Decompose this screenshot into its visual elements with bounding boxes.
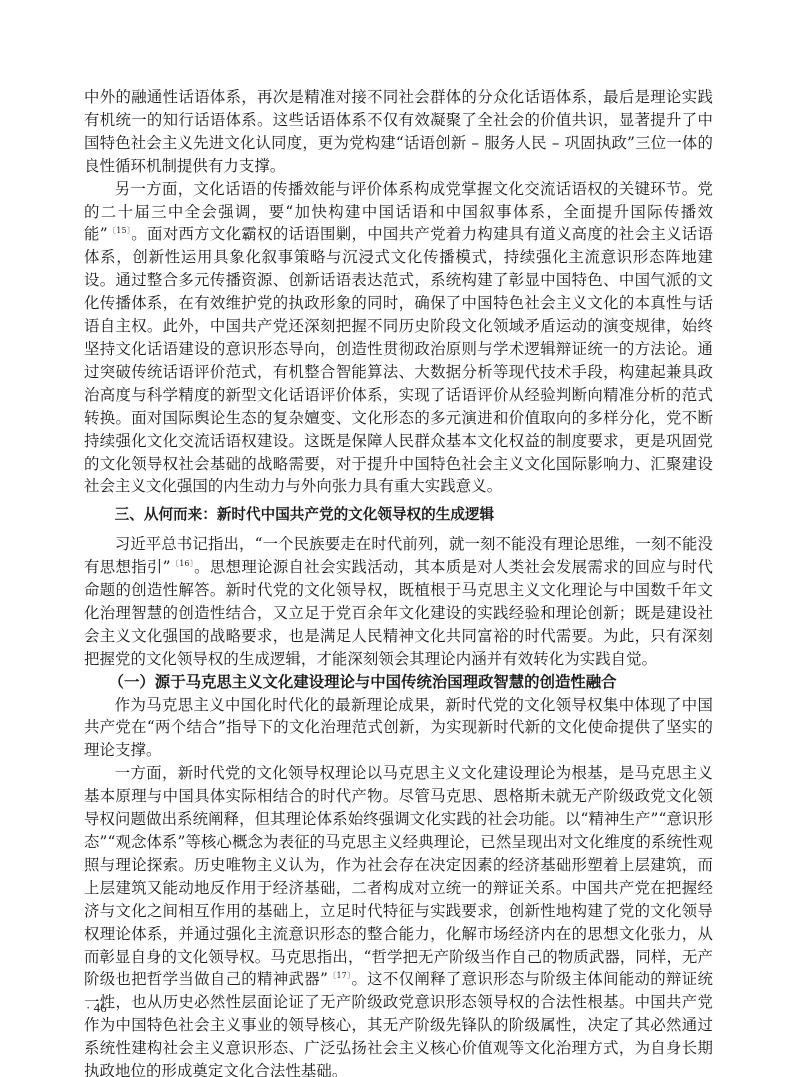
paragraph-continuation: 中外的融通性话语体系，再次是精准对接不同社会群体的分众化话语体系，最后是理论实践…: [84, 86, 713, 178]
subsection-heading: （一）源于马克思主义文化建设理论与中国传统治国理政智慧的创造性融合: [84, 671, 713, 694]
citation-ref-17: 〔17〕: [328, 971, 352, 980]
article-body: 中外的融通性话语体系，再次是精准对接不同社会群体的分众化话语体系，最后是理论实践…: [84, 86, 713, 1077]
paragraph-marxist-foundation: 一方面，新时代党的文化领导权理论以马克思主义文化建设理论为根基，是马克思主义基本…: [84, 762, 713, 1077]
paragraph-section-intro: 习近平总书记指出，“一个民族要走在时代前列，就一刻不能没有理论思维，一刻不能没有…: [84, 533, 713, 670]
paragraph-text: 。思想理论源自社会实践活动，其本质是对人类社会发展需求的回应与时代命题的创造性解…: [84, 558, 713, 668]
paragraph-discourse-evaluation: 另一方面，文化话语的传播效能与评价体系构成党掌握文化交流话语权的关键环节。党的二…: [84, 178, 713, 499]
page-number: · 46 ·: [86, 1000, 114, 1016]
paragraph-text: 。面对西方文化霸权的话语围剿，中国共产党着力构建具有道义高度的社会主义话语体系，…: [84, 225, 713, 495]
citation-ref-15: 〔15〕: [108, 226, 132, 235]
paragraph-text: 一方面，新时代党的文化领导权理论以马克思主义文化建设理论为根基，是马克思主义基本…: [84, 764, 713, 988]
citation-ref-16: 〔16〕: [171, 559, 195, 568]
section-heading: 三、从何而来：新时代中国共产党的文化领导权的生成逻辑: [84, 504, 713, 527]
paragraph-subsection-intro: 作为马克思主义中国化时代化的最新理论成果，新时代党的文化领导权集中体现了中国共产…: [84, 694, 713, 763]
